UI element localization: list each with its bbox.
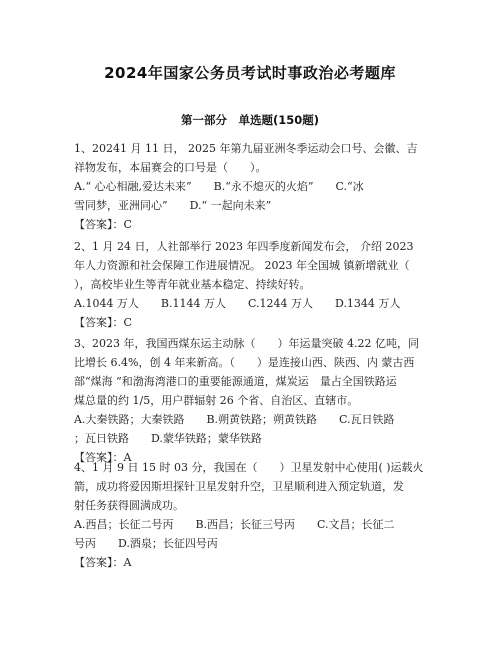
document-title: 2024年国家公务员考试时事政治必考题库 <box>0 62 500 83</box>
answer: 【答案】：A <box>74 553 424 572</box>
question-text: 2、1 月 24 日，人社部举行 2023 年四季度新闻发布会， 介绍 2023 <box>74 237 424 256</box>
answer: 【答案】：C <box>74 313 424 332</box>
question-text: 部“煤海 ”和渤海湾港口的重要能源通道，煤炭运 量占全国铁路运 <box>74 372 424 391</box>
option-line: A.1044 万人 B.1144 万人 C.1244 万人 D.1344 万人 <box>74 294 424 313</box>
option-line: 雪同梦，亚洲同心” D.“ 一起向未来” <box>74 196 424 215</box>
question-text: ），高校毕业生等青年就业基本稳定、持续好转。 <box>74 275 424 294</box>
option-line: ；瓦日铁路 D.蒙华铁路；蒙华铁路 <box>74 429 424 448</box>
option-line: A.“ 心心相融,爱达未来” B.“永不熄灭的火焰” C.“冰 <box>74 177 424 196</box>
question-text: 箭，成功将爱因斯坦探针卫星发射升空，卫星顺利进入预定轨道，发 <box>74 477 424 496</box>
question-text: 年人力资源和社会保障工作进展情况。 2023 年全国城 镇新增就业（ <box>74 256 424 275</box>
question-1: 1、20241 月 11 日， 2025 年第九届亚洲冬季运动会口号、会徽、吉 … <box>74 139 424 234</box>
option-line: 号丙 D.酒泉；长征四号丙 <box>74 534 424 553</box>
option-line: A.西昌；长征二号丙 B.西昌；长征三号丙 C.文昌；长征二 <box>74 515 424 534</box>
option-line: A.大秦铁路；大秦铁路 B.朔黄铁路；朔黄铁路 C.瓦日铁路 <box>74 410 424 429</box>
section-heading: 第一部分 单选题(150题) <box>0 112 500 128</box>
answer: 【答案】：C <box>74 215 424 234</box>
question-text: 射任务获得圆满成功。 <box>74 496 424 515</box>
question-3: 3、2023 年，我国西煤东运主动脉（ ）年运量突破 4.22 亿吨，同 比增长… <box>74 334 424 467</box>
question-text: 煤总量的约 1/5，用户群辐射 26 个省、自治区、直辖市。 <box>74 391 424 410</box>
question-2: 2、1 月 24 日，人社部举行 2023 年四季度新闻发布会， 介绍 2023… <box>74 237 424 332</box>
question-text: 比增长 6.4%，创 4 年来新高。（ ）是连接山西、陕西、内 蒙古西 <box>74 353 424 372</box>
question-4: 4、1 月 9 日 15 时 03 分，我国在（ ）卫星发射中心使用( )运载火… <box>74 458 424 572</box>
question-text: 4、1 月 9 日 15 时 03 分，我国在（ ）卫星发射中心使用( )运载火 <box>74 458 424 477</box>
question-text: 1、20241 月 11 日， 2025 年第九届亚洲冬季运动会口号、会徽、吉 <box>74 139 424 158</box>
question-text: 祥物发布，本届赛会的口号是（ ）。 <box>74 158 424 177</box>
question-text: 3、2023 年，我国西煤东运主动脉（ ）年运量突破 4.22 亿吨，同 <box>74 334 424 353</box>
